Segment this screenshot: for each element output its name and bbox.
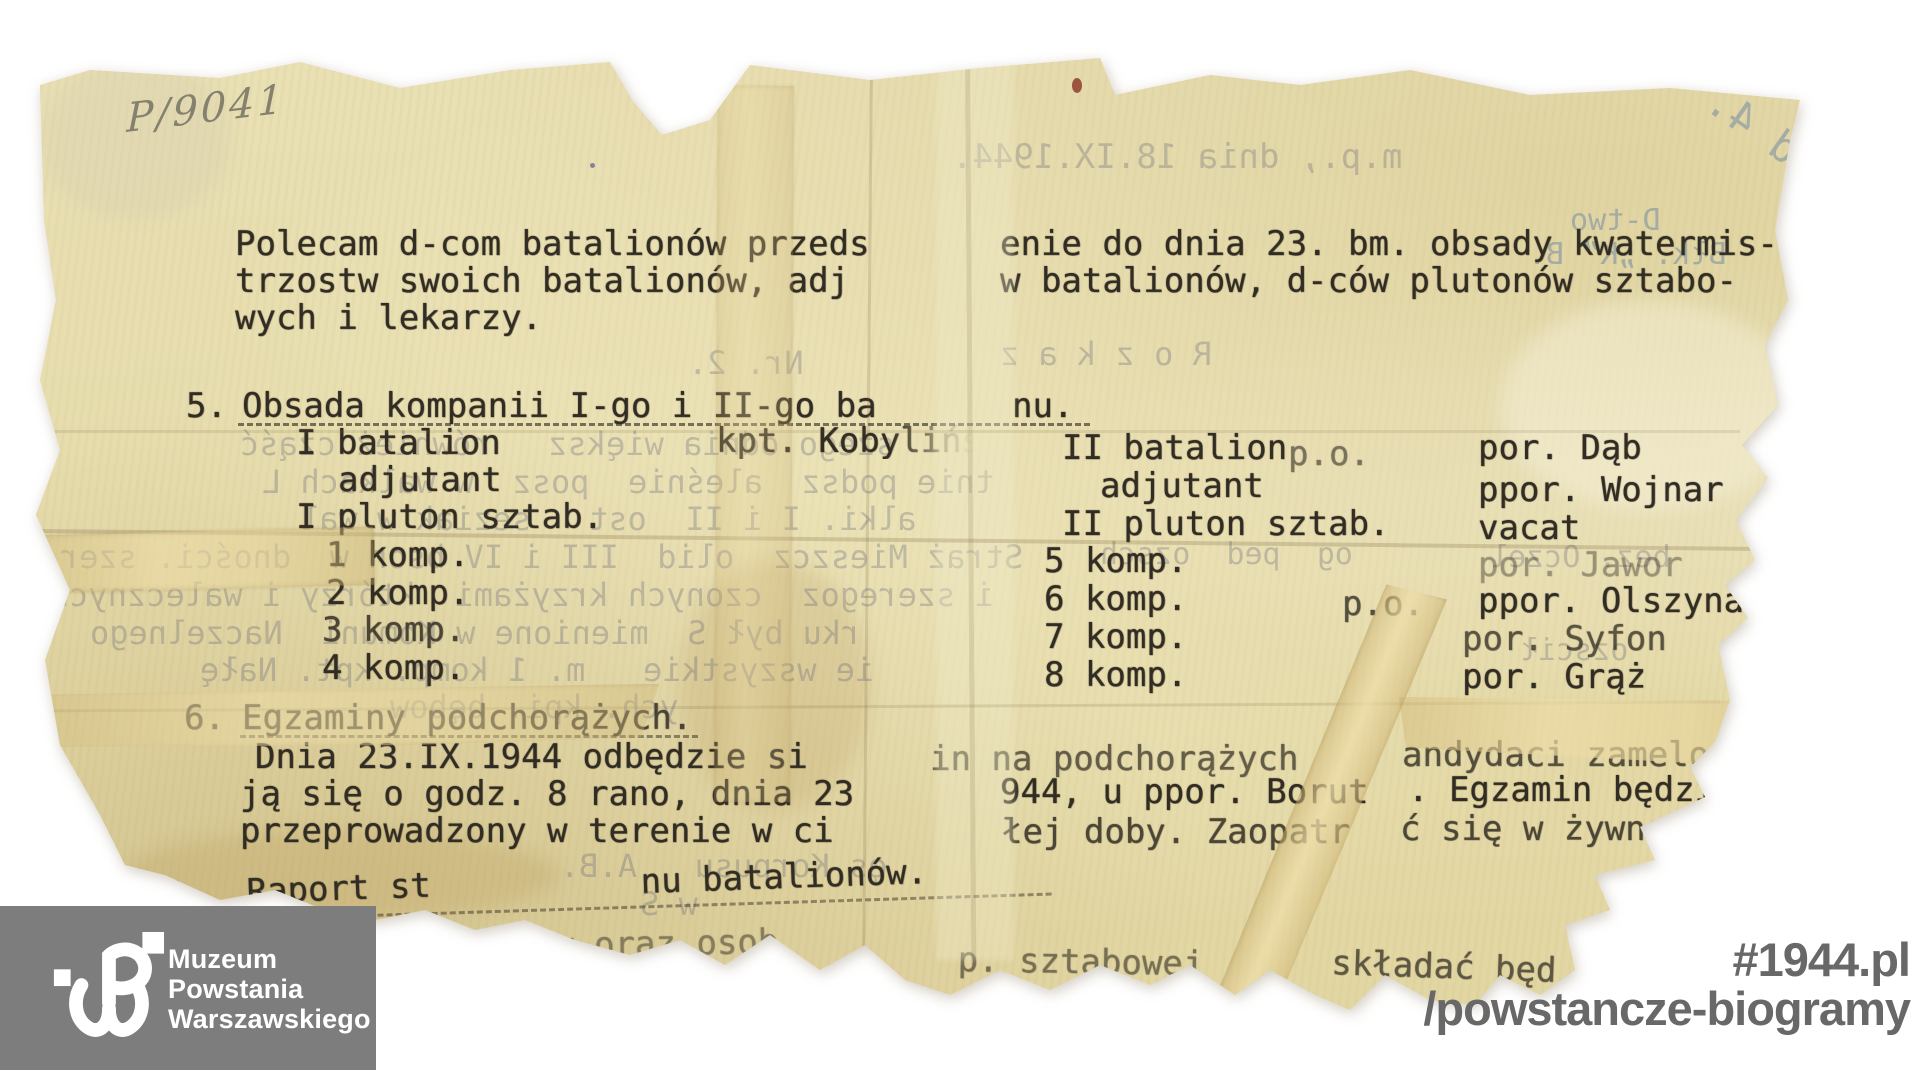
tape-strip: [41, 527, 374, 594]
typed-text-fragment: p.o.: [1288, 436, 1370, 472]
typed-text-fragment: wych i lekarzy.: [235, 300, 542, 336]
typed-text-fragment: ppor. Wojnar: [1478, 472, 1724, 508]
museum-watermark-panel: Muzeum Powstania Warszawskiego: [0, 906, 376, 1070]
museum-name-line: Muzeum: [168, 944, 371, 974]
typed-text-fragment: ppor. Olszyna: [1478, 583, 1744, 619]
bleedthrough-text: R o z k a z: [1000, 338, 1212, 370]
typed-text-fragment: 4 komp.: [322, 650, 465, 686]
typed-text-fragment: enie do dnia 23. bm. obsady kwatermis-: [1000, 226, 1778, 262]
typed-text-fragment: alionów oraz osob: [430, 924, 779, 966]
typed-text-fragment: por. Syfon: [1462, 621, 1667, 657]
typed-text-fragment: nu.: [1012, 388, 1073, 424]
typed-text-fragment: Raport st: [246, 868, 431, 910]
bleedthrough-text: Ad 4.: [1699, 80, 1827, 187]
site-credit: #1944.pl /powstancze-biogramy: [1423, 936, 1910, 1034]
museum-name: Muzeum Powstania Warszawskiego: [168, 944, 371, 1035]
ink-spot: [590, 163, 595, 168]
typed-text-fragment: 6 komp.: [1044, 581, 1187, 617]
typed-text-fragment: 5 komp.: [1044, 543, 1187, 579]
typed-text-fragment: por. Grąż: [1462, 659, 1646, 695]
museum-name-line: Warszawskiego: [168, 1004, 371, 1034]
ink-spot: [1072, 78, 1082, 93]
kotwica-anchor-icon: [48, 928, 166, 1050]
site-path: /powstancze-biogramy: [1423, 985, 1910, 1032]
typed-text-fragment: 7 komp.: [1044, 619, 1187, 655]
typed-text-fragment: 5.: [186, 388, 227, 424]
typed-text-fragment: adjutant: [338, 462, 502, 498]
scanned-document-page: { "branding": { "museum_name_lines": ["M…: [0, 0, 1920, 1070]
typed-text-fragment: II pluton sztab.: [1062, 506, 1390, 542]
typed-text-fragment: 8 komp.: [1044, 657, 1187, 693]
typed-text-fragment: adjutant: [1100, 468, 1264, 504]
typed-text-fragment: nu batalionów.: [640, 854, 928, 900]
typed-text-fragment: II batalion: [1062, 430, 1287, 466]
typed-text-fragment: w batalionów, d-ców plutonów sztabo-: [1000, 263, 1737, 299]
fold-crease: [40, 430, 1740, 433]
torn-paper-sheet: m.p., dnia 18.IX.1944.Nr. 2.R o z k a zD…: [28, 52, 1840, 1020]
typed-text-fragment: ć się w żywność.: [1400, 811, 1728, 847]
typed-text-fragment: . Egzamin będzie: [1408, 772, 1736, 808]
typed-text-fragment: por. Dąb: [1478, 430, 1642, 466]
museum-name-line: Powstania: [168, 974, 371, 1004]
typed-text-fragment: vacat: [1478, 510, 1580, 546]
typed-text-fragment: 3 komp.: [322, 612, 465, 648]
site-tag: #1944.pl: [1423, 936, 1910, 983]
typed-text-fragment: por. Jawor: [1478, 547, 1683, 583]
typed-text-fragment: przeprowadzony w terenie w ci: [240, 813, 834, 849]
tape-strip: [714, 86, 794, 802]
bleedthrough-text: m.p., dnia 18.IX.1944.: [952, 140, 1402, 174]
